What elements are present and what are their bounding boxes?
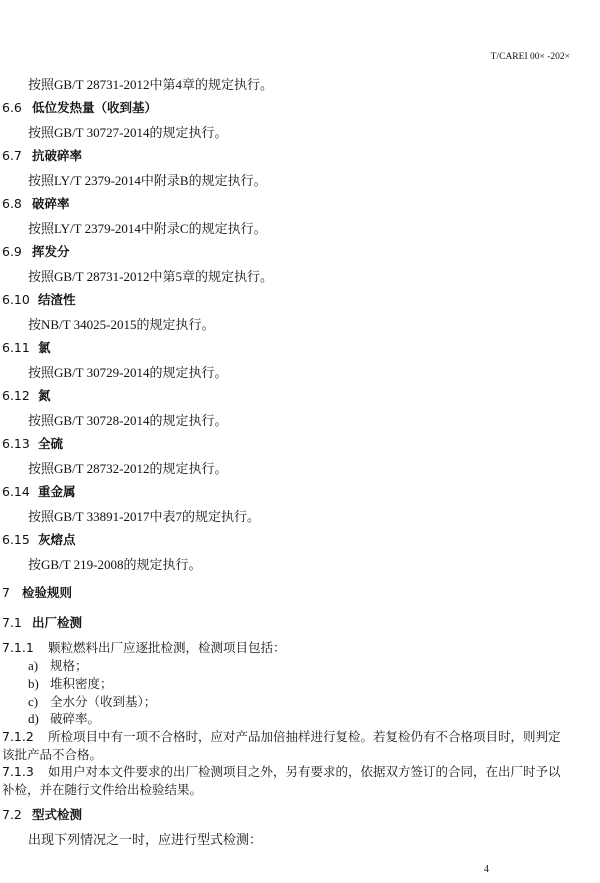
clause-text: 所检项目中有一项不合格时，应对产品加倍抽样进行复检。若复检仍有不合格项目时，则判… <box>48 729 561 744</box>
paragraph-6-10: 按NB/T 34025-2015的规定执行。 <box>28 314 214 333</box>
heading-6-15: 6.15灰熔点 <box>2 530 76 548</box>
heading-number: 6.11 <box>2 340 38 355</box>
heading-number: 6.9 <box>2 244 32 259</box>
paragraph-6-12: 按照GB/T 30728-2014的规定执行。 <box>28 410 227 429</box>
list-item-label: d) <box>28 711 50 727</box>
heading-title: 氯 <box>38 340 51 355</box>
list-item-text: 堆积密度； <box>50 676 113 691</box>
heading-number: 7.2 <box>2 807 32 822</box>
list-item-label: a) <box>28 658 50 674</box>
paragraph-6-11: 按照GB/T 30729-2014的规定执行。 <box>28 362 227 381</box>
heading-title: 破碎率 <box>32 196 70 211</box>
heading-number: 6.6 <box>2 100 32 115</box>
heading-number: 6.13 <box>2 436 38 451</box>
page-number: 4 <box>484 864 489 875</box>
heading-number: 6.8 <box>2 196 32 211</box>
heading-title: 挥发分 <box>32 244 70 259</box>
heading-number: 6.10 <box>2 292 38 307</box>
heading-title: 氮 <box>38 388 51 403</box>
heading-title: 出厂检测 <box>32 615 82 630</box>
heading-title: 灰熔点 <box>38 532 76 547</box>
heading-6-14: 6.14重金属 <box>2 482 76 500</box>
list-item-text: 规格； <box>50 658 88 673</box>
heading-number: 7 <box>2 585 22 600</box>
heading-7: 7检验规则 <box>2 583 72 601</box>
heading-7-2: 7.2型式检测 <box>2 805 82 823</box>
heading-6-10: 6.10结渣性 <box>2 290 76 308</box>
heading-number: 7.1 <box>2 615 32 630</box>
paragraph-6-15: 按GB/T 219-2008的规定执行。 <box>28 554 201 573</box>
heading-title: 全硫 <box>38 436 63 451</box>
heading-number: 6.15 <box>2 532 38 547</box>
paragraph-7-2: 出现下列情况之一时，应进行型式检测： <box>28 829 262 848</box>
list-item-label: c) <box>28 694 50 710</box>
heading-title: 重金属 <box>38 484 76 499</box>
clause-7-1-3: 7.1.3如用户对本文件要求的出厂检测项目之外，另有要求的，依据双方签订的合同，… <box>2 762 561 780</box>
paragraph-6-6: 按照GB/T 30727-2014的规定执行。 <box>28 122 227 141</box>
document-code: T/CAREI 00× -202× <box>491 52 570 62</box>
heading-6-12: 6.12氮 <box>2 386 51 404</box>
clause-7-1-3-continuation: 补检，并在随行文件给出检验结果。 <box>2 780 202 798</box>
heading-6-11: 6.11氯 <box>2 338 51 356</box>
list-item-label: b) <box>28 676 50 692</box>
list-item: c)全水分（收到基）； <box>28 692 156 710</box>
list-item-text: 破碎率。 <box>50 711 100 726</box>
heading-number: 6.7 <box>2 148 32 163</box>
heading-6-13: 6.13全硫 <box>2 434 63 452</box>
list-item: b)堆积密度； <box>28 674 113 692</box>
clause-7-1-2: 7.1.2所检项目中有一项不合格时，应对产品加倍抽样进行复检。若复检仍有不合格项… <box>2 727 561 745</box>
heading-title: 型式检测 <box>32 807 82 822</box>
list-item-text: 全水分（收到基）； <box>50 694 156 709</box>
heading-number: 6.14 <box>2 484 38 499</box>
clause-number: 7.1.3 <box>2 764 48 779</box>
heading-title: 抗破碎率 <box>32 148 82 163</box>
paragraph-6-13: 按照GB/T 28732-2012的规定执行。 <box>28 458 227 477</box>
paragraph-6-9: 按照GB/T 28731-2012中第5章的规定执行。 <box>28 266 273 285</box>
heading-title: 结渣性 <box>38 292 76 307</box>
heading-title: 检验规则 <box>22 585 72 600</box>
clause-text: 如用户对本文件要求的出厂检测项目之外，另有要求的，依据双方签订的合同，在出厂时予… <box>48 764 561 779</box>
clause-7-1-1: 7.1.1颗粒燃料出厂应逐批检测，检测项目包括： <box>2 638 286 656</box>
paragraph-6-7: 按照LY/T 2379-2014中附录B的规定执行。 <box>28 170 267 189</box>
heading-6-7: 6.7抗破碎率 <box>2 146 82 164</box>
heading-6-8: 6.8破碎率 <box>2 194 70 212</box>
clause-number: 7.1.1 <box>2 640 48 655</box>
paragraph-6-5: 按照GB/T 28731-2012中第4章的规定执行。 <box>28 74 273 93</box>
clause-number: 7.1.2 <box>2 729 48 744</box>
clause-text: 颗粒燃料出厂应逐批检测，检测项目包括： <box>48 640 286 655</box>
paragraph-6-14: 按照GB/T 33891-2017中表7的规定执行。 <box>28 506 260 525</box>
heading-6-6: 6.6低位发热量（收到基） <box>2 98 157 116</box>
heading-title: 低位发热量（收到基） <box>32 100 157 115</box>
heading-7-1: 7.1出厂检测 <box>2 613 82 631</box>
heading-number: 6.12 <box>2 388 38 403</box>
clause-7-1-2-continuation: 该批产品不合格。 <box>2 745 102 763</box>
paragraph-6-8: 按照LY/T 2379-2014中附录C的规定执行。 <box>28 218 267 237</box>
heading-6-9: 6.9挥发分 <box>2 242 70 260</box>
list-item: d)破碎率。 <box>28 709 100 727</box>
list-item: a)规格； <box>28 656 88 674</box>
